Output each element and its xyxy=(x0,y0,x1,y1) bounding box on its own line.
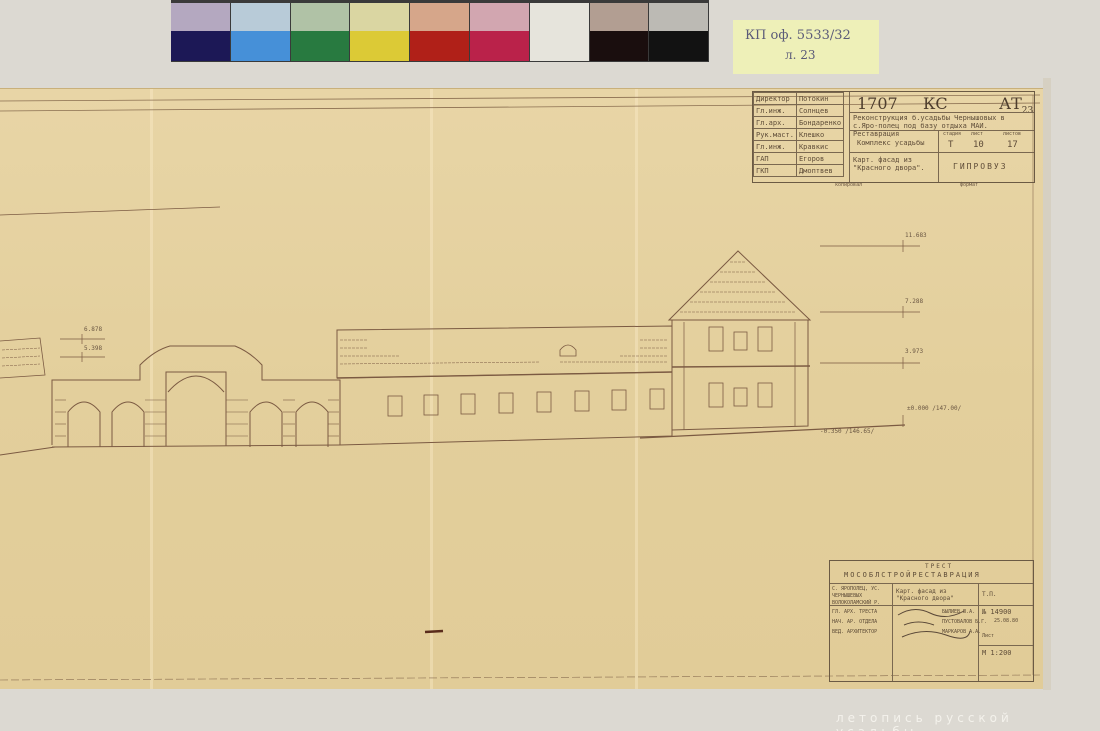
elevation-ground: -0.350 /146.65/ xyxy=(820,428,874,435)
organization: ГИПРОВУЗ xyxy=(953,162,1008,171)
sheets-label: листов xyxy=(1003,131,1021,137)
signer-name: ПУСТОВАЛОВ Б.Г. xyxy=(942,617,987,627)
tp-label: Т.П. xyxy=(982,591,996,598)
name: Дмоптвев xyxy=(796,165,843,177)
elevation-cornice: 7.288 xyxy=(905,298,923,305)
inventory-number: № 14900 xyxy=(982,608,1012,616)
name: Егоров xyxy=(796,153,843,165)
elevation-ridge: 11.683 xyxy=(905,232,927,239)
stage-value: Т xyxy=(948,140,953,150)
drawing-title: Карт. фасад из "Красного двора" xyxy=(896,588,976,602)
name: Клешко xyxy=(796,129,843,141)
sheet-value: 10 xyxy=(973,140,984,150)
signer-name: МАРКАРОВ А.А. xyxy=(942,627,987,637)
date: 25.08.80 xyxy=(994,618,1018,624)
elevation-gate-cornice: 5.398 xyxy=(84,345,102,352)
role: Гл.арх. xyxy=(754,117,797,129)
stage-label: стадия xyxy=(943,131,961,137)
elevation-zero: ±0.000 /147.00/ xyxy=(907,405,961,412)
title-block-bottom: ТРЕСТ МОСОБЛСТРОЙРЕСТАВРАЦИЯ С. ЯРОПОЛЕЦ… xyxy=(829,560,1034,682)
format-label: формат xyxy=(960,182,978,188)
trust-name: МОСОБЛСТРОЙРЕСТАВРАЦИЯ xyxy=(844,571,981,579)
signer-role: ГЛ. АРХ. ТРЕСТА xyxy=(832,607,877,617)
signer-role: НАЧ. АР. ОТДЕЛА xyxy=(832,617,877,627)
role: Гл.инж. xyxy=(754,105,797,117)
location: С. ЯРОПОЛЕЦ, УС. ЧЕРНЫШЕВЫХ ВОЛОКОЛАМСКИ… xyxy=(832,586,890,607)
trust-label: ТРЕСТ xyxy=(925,563,953,570)
role: ГАП xyxy=(754,153,797,165)
name: Бондаренко xyxy=(796,117,843,129)
name: Солнцев xyxy=(796,105,843,117)
name: Потокин xyxy=(796,93,843,105)
watermark: летопись русской усадьбы xyxy=(836,711,1100,731)
role: Рук.маст. xyxy=(754,129,797,141)
copied-label: копировал xyxy=(835,182,862,188)
sheets-value: 17 xyxy=(1007,140,1018,150)
object-name: Комплекс усадьбы xyxy=(857,139,924,147)
name: Кравкис xyxy=(796,141,843,153)
signer-name: БЫЛИЕВ Ю.А. xyxy=(942,607,987,617)
role: ГКП xyxy=(754,165,797,177)
order-number: 1707 xyxy=(857,94,898,113)
drawing-name: Карт. фасад из "Красного двора". xyxy=(853,156,937,172)
sheet-label: лист xyxy=(971,131,983,137)
sheet-label: Лист xyxy=(982,633,994,639)
title-block-top: ДиректорПотокин Гл.инж.Солнцев Гл.арх.Бо… xyxy=(752,91,1035,183)
stage-code: КС xyxy=(923,94,948,113)
role: Директор xyxy=(754,93,797,105)
elevation-gate-top: 6.878 xyxy=(84,326,102,333)
signer-role: ВЕД. АРХИТЕКТОР xyxy=(832,627,877,637)
elevation-floor-2: 3.973 xyxy=(905,348,923,355)
scale: М 1:200 xyxy=(982,649,1012,657)
role: Гл.инж. xyxy=(754,141,797,153)
project-title: Реконструкция б.усадьбы Чернышовых в с.Я… xyxy=(853,114,1028,138)
